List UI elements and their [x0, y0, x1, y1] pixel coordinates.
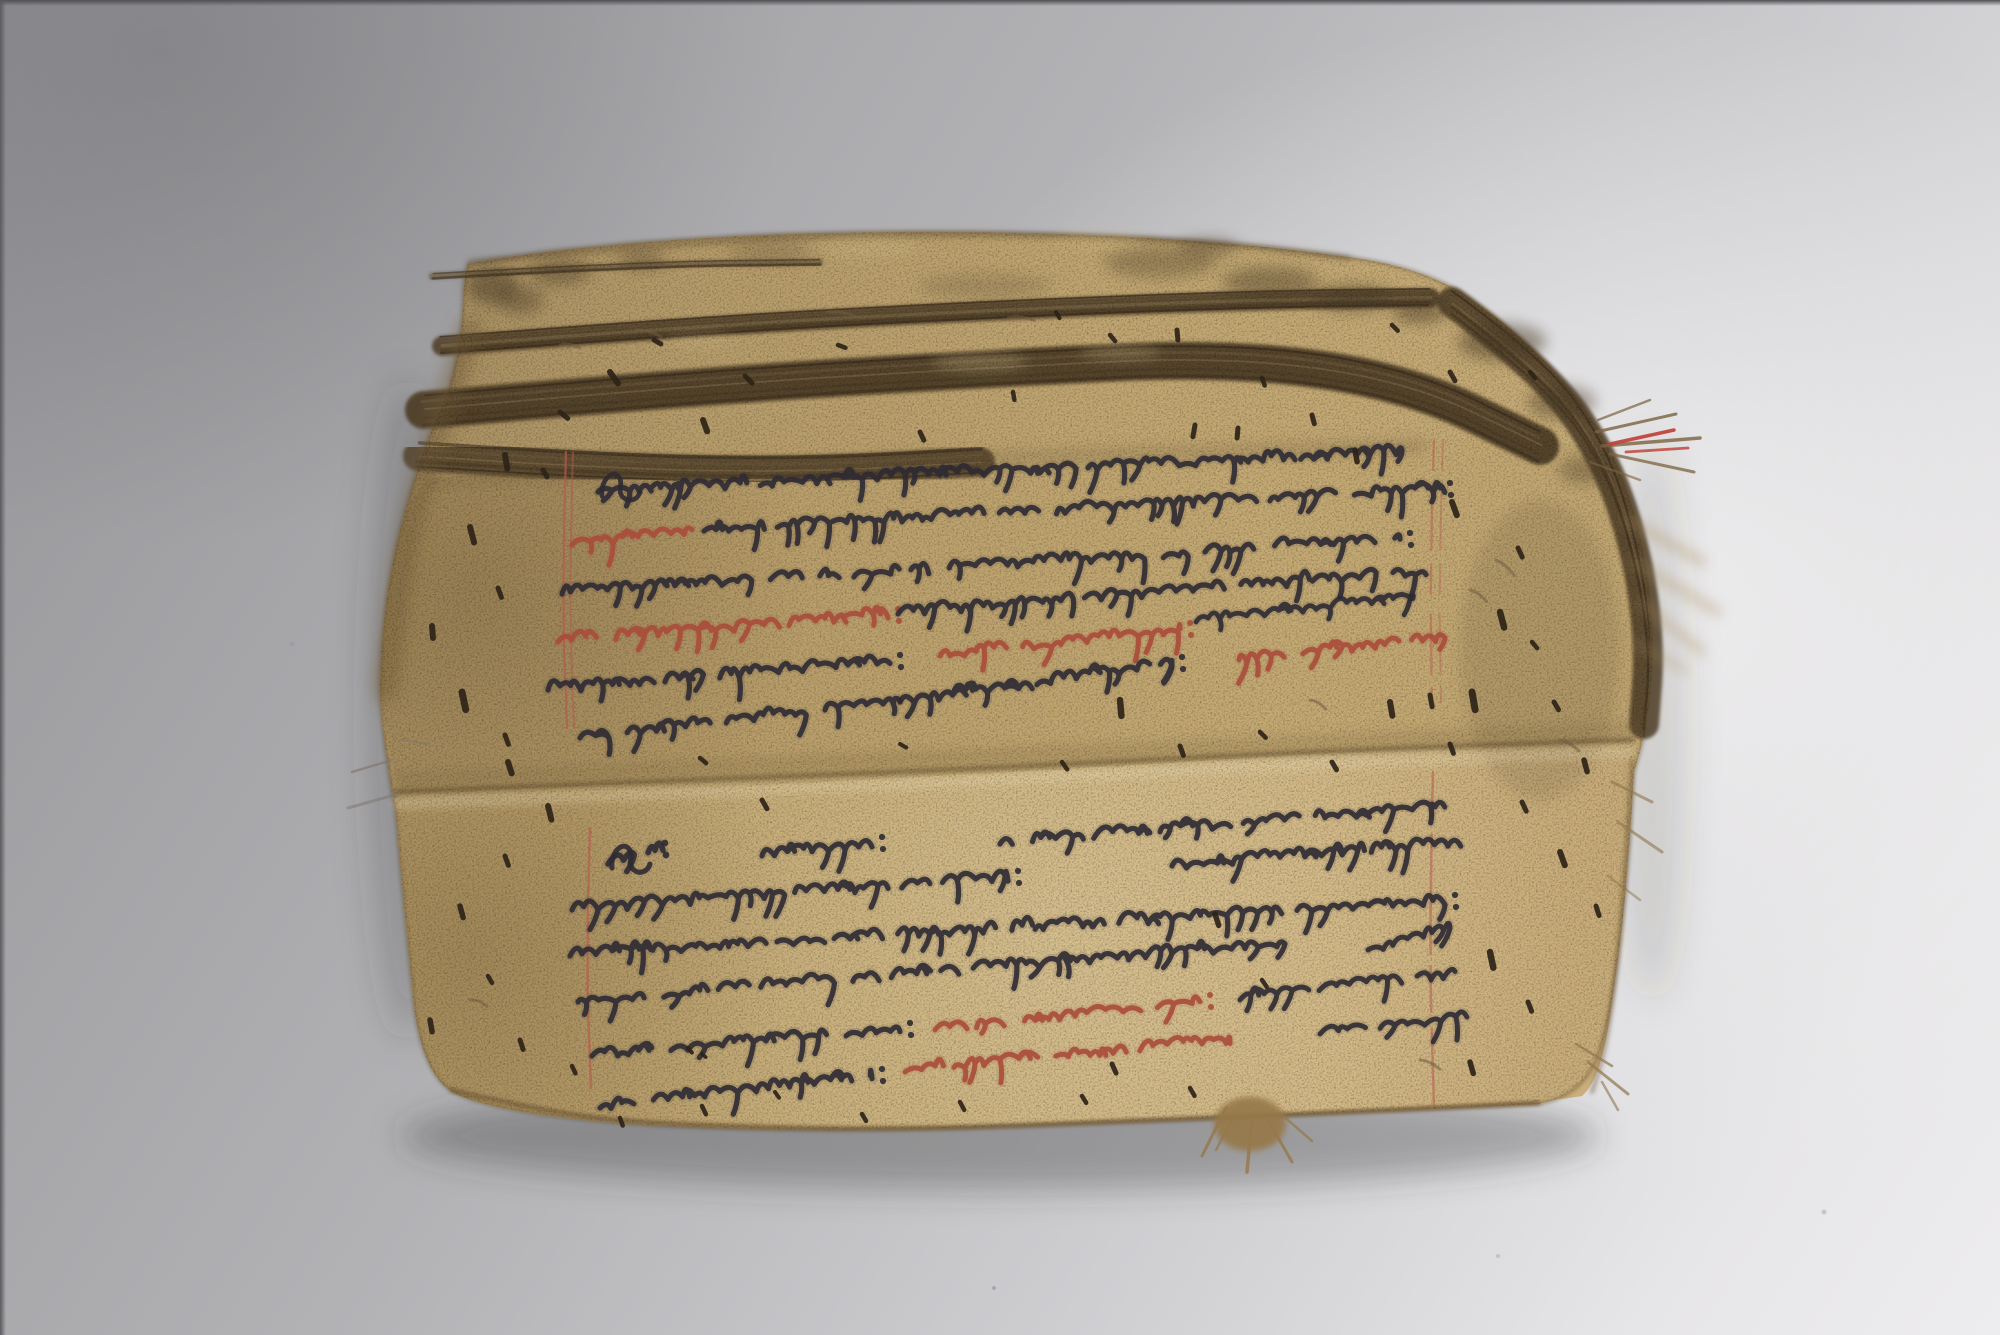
visarga-dot — [898, 664, 904, 670]
worm-hole — [498, 588, 501, 597]
visarga-dot — [1208, 1004, 1214, 1010]
photo-layers — [290, 215, 1827, 1290]
worm-hole — [1312, 415, 1314, 424]
visarga-dot — [896, 618, 902, 624]
worm-hole — [620, 1118, 623, 1126]
visarga-dot — [1448, 492, 1454, 498]
fiber-tuft-top-right-strand — [1598, 400, 1650, 420]
worm-hole — [1177, 330, 1178, 340]
paper-speckle-pale — [370, 215, 1670, 1215]
worm-hole — [520, 1040, 523, 1050]
visarga-dot — [907, 1020, 913, 1026]
visarga-dot — [880, 846, 886, 852]
red-thread-strand — [1626, 448, 1688, 452]
visarga-dot — [880, 1078, 886, 1084]
visarga-dot — [908, 1032, 914, 1038]
visarga-dot — [1188, 632, 1194, 638]
worm-hole — [543, 470, 547, 477]
visarga-dot — [1452, 892, 1458, 898]
worm-hole — [432, 626, 433, 638]
background-dust — [290, 642, 294, 646]
visarga-dot — [879, 834, 885, 840]
worm-hole — [462, 692, 466, 710]
worm-hole — [460, 906, 463, 918]
manuscript-photo-svg — [0, 0, 2000, 1335]
worm-hole — [430, 1020, 432, 1032]
worm-hole — [838, 345, 846, 348]
visarga-dot — [879, 1066, 885, 1072]
worm-hole — [703, 420, 707, 431]
visarga-dot — [1180, 666, 1186, 672]
worm-hole — [1262, 378, 1265, 386]
visarga-dot — [1408, 542, 1414, 548]
worm-hole — [1120, 700, 1121, 716]
background-dust — [1822, 1210, 1827, 1215]
worm-hole — [1193, 425, 1195, 437]
background-dust — [992, 1286, 996, 1290]
worm-hole — [548, 806, 551, 820]
worm-hole — [702, 1054, 706, 1057]
worm-hole — [920, 432, 924, 440]
background-dust — [1496, 1254, 1500, 1258]
visarga-dot — [897, 652, 903, 658]
worm-hole — [505, 856, 508, 865]
worm-hole — [1584, 760, 1587, 772]
visarga-dot — [1453, 904, 1459, 910]
worm-hole — [1390, 702, 1392, 716]
worm-hole — [1596, 906, 1599, 916]
worm-hole — [470, 527, 474, 543]
worm-hole — [654, 340, 661, 344]
worm-hole — [572, 1066, 575, 1073]
worm-hole — [1237, 428, 1238, 438]
worm-hole — [1430, 695, 1432, 707]
visarga-dot — [1407, 530, 1413, 536]
worm-hole — [1013, 392, 1014, 400]
visarga-dot — [1207, 992, 1213, 998]
worm-hole — [505, 455, 507, 469]
worm-hole — [1215, 914, 1219, 925]
worm-hole — [1528, 1002, 1532, 1011]
worm-hole — [1355, 450, 1357, 462]
visarga-dot — [1015, 868, 1021, 874]
worm-hole — [1180, 746, 1183, 755]
worm-hole — [1470, 1062, 1473, 1074]
worm-hole — [1450, 744, 1453, 753]
fiber-wisp-bottom-right-strand — [1602, 1082, 1618, 1110]
worm-hole — [1500, 612, 1504, 628]
worm-hole — [1490, 952, 1493, 968]
visarga-dot — [1447, 480, 1453, 486]
visarga-dot — [1016, 880, 1022, 886]
worm-hole — [1472, 692, 1475, 710]
worm-hole — [508, 762, 512, 773]
visarga-dot — [663, 852, 670, 859]
visarga-dot — [1179, 654, 1185, 660]
worm-hole — [505, 735, 508, 744]
visarga-dot — [662, 840, 669, 847]
manuscript-photo: Photograph of an aged Tibetan pothi (pec… — [0, 0, 2000, 1335]
